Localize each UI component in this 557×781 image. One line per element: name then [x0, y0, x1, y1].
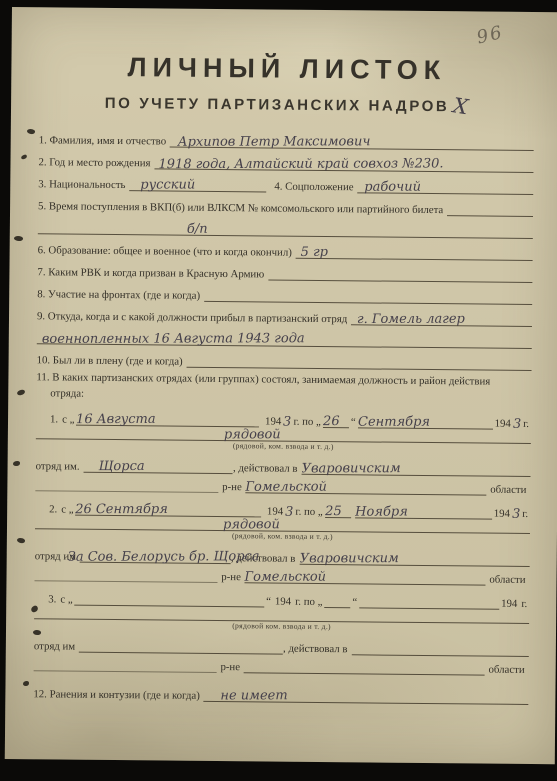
page-number-pencil: 96	[475, 22, 506, 49]
form-subtitle: ПО УЧЕТУ ПАРТИЗАНСКИХ НАДРОВ	[105, 95, 450, 115]
scanned-document-page: { "colors": { "background": "#0b0a08", "…	[0, 0, 557, 781]
entry-1-rne-line: Гомельской	[246, 474, 487, 496]
item-5-value: б/п	[186, 223, 207, 236]
item-1-value: Архипов Петр Максимович	[177, 135, 370, 149]
entry-1-to-month: Сентября	[358, 416, 430, 429]
item-4-line: рабочий	[358, 170, 534, 195]
item-12-value: не имеет	[220, 690, 287, 703]
entry-2-acted-value: Уваровичским	[299, 553, 398, 566]
entry-1-to-day: 26	[323, 415, 340, 428]
item-9-line: г. Гомель лагер	[351, 302, 532, 327]
entry-2-otryad-value: За Сов. Белорусь бр. Щорса	[68, 551, 260, 565]
item-2-line: 1918 года, Алтайский край совхоз №230.	[154, 146, 533, 173]
entry-3-rne-label: р-не	[216, 661, 244, 673]
item-6-value: 5 гр	[301, 246, 328, 259]
handwritten-x-mark: X	[452, 97, 469, 116]
entry-2-to-day: 25	[325, 505, 342, 518]
entry-2-acted-line: Уваровичским	[299, 541, 530, 567]
entry-1-from-line: 16 Августа	[76, 402, 259, 428]
entry-3-acted-line	[351, 632, 529, 658]
entry-2-rne-value: Гомельской	[245, 571, 327, 584]
entry-1-rne-label: р-не	[218, 481, 246, 493]
item-1-label: 1. Фамилия, имя и отчество	[39, 134, 171, 147]
entry-2-lead-line	[34, 562, 217, 584]
entry-1-year2-hand: 3	[513, 418, 521, 431]
entry-2-to-day-line: 25	[325, 494, 351, 518]
item-3-value: русский	[140, 178, 195, 191]
entry-1-oblast-label: области	[486, 484, 530, 496]
item-9-value2: военнопленных 16 Августа 1943 года	[42, 332, 305, 346]
item-8-line	[204, 279, 532, 305]
entry-2-year2-hand: 3	[512, 508, 520, 521]
item-9-value: г. Гомель лагер	[357, 313, 465, 326]
service-entry-3: 3. с „ “ 194 г. по „ “ 194 г.	[34, 583, 530, 677]
entry-2-year1-hand: 3	[285, 506, 293, 519]
entry-2-otryad-line: За Сов. Белорусь бр. Щорса	[80, 539, 231, 564]
entry-1-rne-value: Гомельской	[246, 481, 328, 494]
service-entry-1: 1. с „ 16 Августа 194 3 г. по „ 26 “ Сен…	[35, 403, 531, 497]
item-12-label: 12. Ранения и контузии (где и когда)	[33, 689, 204, 703]
entry-3-region-row: р-не области	[34, 653, 529, 677]
entry-1-to-month-line: Сентября	[358, 405, 493, 430]
entry-2-from-line: 26 Сентября	[76, 492, 262, 518]
entry-1-to-day-line: 26	[323, 404, 349, 428]
item-10-line	[187, 345, 532, 371]
entry-3-to-month-line	[359, 585, 499, 610]
entry-1-acted-value: Уваровичским	[301, 463, 400, 476]
entry-1-from-value: 16 Августа	[76, 413, 156, 426]
paper-sheet: 96 ЛИЧНЫЙ ЛИСТОК ПО УЧЕТУ ПАРТИЗАНСКИХ Н…	[5, 7, 557, 764]
form-content: 96 ЛИЧНЫЙ ЛИСТОК ПО УЧЕТУ ПАРТИЗАНСКИХ Н…	[5, 7, 557, 764]
entry-2-rank-value: рядовой	[223, 519, 280, 532]
item-12-line: не имеет	[204, 677, 529, 705]
entry-1-rank-value: рядовой	[224, 429, 281, 442]
item-5-line	[447, 193, 533, 217]
form-item-11: 11. В каких партизанских отрядах (или гр…	[36, 369, 531, 406]
form-title: ЛИЧНЫЙ ЛИСТОК	[39, 51, 534, 87]
entry-3-oblast-label: области	[485, 664, 529, 676]
entry-1-lead-line	[35, 472, 218, 494]
item-4-label: 4. Соцположение	[266, 180, 357, 193]
entry-2-to-month-line: Ноября	[355, 495, 492, 520]
entry-2-to-month: Ноября	[355, 506, 408, 519]
entry-2-rne-label: р-не	[217, 571, 245, 583]
entry-1-otryad-line: Щорса	[84, 449, 234, 474]
item-3-label: 3. Национальность	[38, 178, 129, 191]
item-8-label: 8. Участие на фронтах (где и когда)	[37, 288, 204, 302]
form-body: 1. Фамилия, имя и отчество Архипов Петр …	[33, 124, 534, 705]
entry-1-otryad-value: Щорса	[98, 460, 144, 473]
entry-3-rne-line	[244, 654, 485, 676]
item-2-value: 1918 года, Алтайский край совхоз №230.	[158, 157, 443, 171]
entry-1-date-row: 1. с „ 16 Августа 194 3 г. по „ 26 “ Сен…	[36, 403, 531, 431]
item-6-label: 6. Образование: общее и военное (что и к…	[38, 244, 296, 258]
entry-2-rne-line: Гомельской	[245, 564, 486, 586]
form-item-10: 10. Был ли в плену (где и когда)	[37, 344, 532, 371]
entry-2-from-value: 26 Сентября	[76, 503, 169, 516]
service-entry-2: 2. с „ 26 Сентября 194 3 г. по „ 25 Нояб…	[34, 493, 530, 587]
entry-2-oblast-label: области	[485, 574, 529, 586]
entry-1-acted-line: Уваровичским	[301, 451, 530, 477]
form-subtitle-row: ПО УЧЕТУ ПАРТИЗАНСКИХ НАДРОВ X	[39, 89, 534, 116]
item-10-label: 10. Был ли в плену (где и когда)	[37, 354, 187, 367]
form-item-12: 12. Ранения и контузии (где и когда) не …	[33, 677, 528, 706]
item-1-line: Архипов Петр Максимович	[170, 125, 534, 151]
entry-3-to-day-line	[324, 584, 350, 608]
item-5-line2: б/п	[38, 211, 533, 239]
entry-1-year1-hand: 3	[283, 416, 291, 429]
entry-3-lead-line	[34, 652, 217, 674]
entry-3-from-line	[75, 582, 265, 608]
item-4-value: рабочий	[365, 181, 422, 194]
entry-3-otryad-line	[79, 629, 283, 655]
